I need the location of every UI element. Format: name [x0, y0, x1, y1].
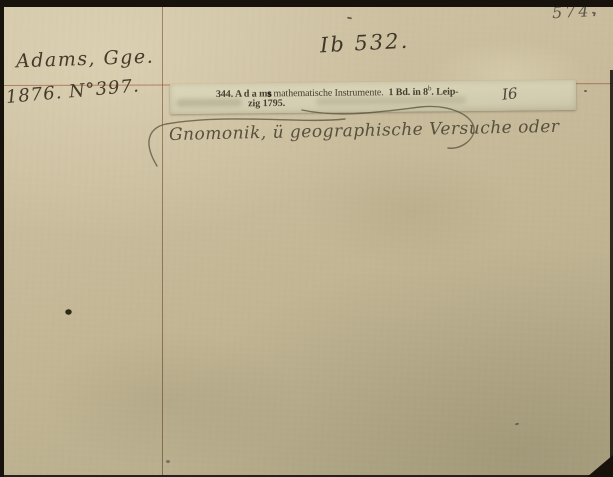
catalog-card-scan: 574. Adams, Gge. 1876. N°397. Ib 532. 34…	[0, 0, 613, 477]
scan-edge-top	[0, 0, 613, 7]
slip-entry-number: 344.	[216, 89, 235, 100]
paper-speck	[166, 460, 170, 463]
paper-speck	[584, 90, 587, 92]
slip-collation: 1 Bd. in 8	[388, 87, 428, 98]
slip-entry-line2: zig 1795.	[248, 98, 285, 109]
card-paper	[0, 0, 613, 477]
slip-title: mathematische Instrumente.	[271, 87, 388, 99]
pencil-note-on-slip: I6	[501, 84, 518, 104]
slip-imprint-start: . Leip-	[431, 86, 458, 97]
scan-edge-left	[0, 0, 4, 477]
shelfmark-handwritten: Ib 532.	[319, 29, 409, 58]
vertical-red-rule	[162, 7, 163, 477]
